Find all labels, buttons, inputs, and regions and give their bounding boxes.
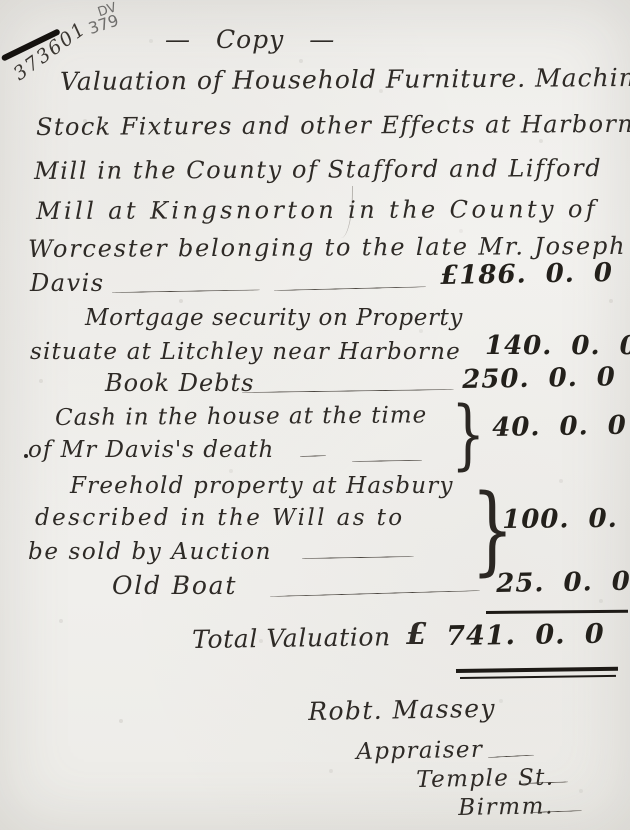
document-title: — Copy — [165,26,335,54]
opening-line-2: Stock Fixtures and other Effects at Harb… [36,111,630,141]
mortgage-amount: 140. 0. 0 [485,332,630,361]
signature-role: Appraiser [356,738,484,766]
paper-speckles [0,0,2,2]
cash-amount: 40. 0. 0 [492,412,627,443]
dash-line [112,289,260,293]
opening-line-4: Mill at Kingsnorton in the County of [36,196,598,224]
opening-amount: £186. 0. 0 [440,259,613,291]
cash-line-1: Cash in the house at the time [55,403,427,431]
opening-name: Davis [30,270,105,296]
total-top-rule [486,610,628,614]
total-amount: 741. 0. 0 [446,620,605,652]
signature-flourish [488,755,534,758]
old-boat-label: Old Boat [112,572,237,600]
total-bottom-rule-thick [456,667,618,673]
signature-name: Robt. Massey [308,695,496,726]
total-currency: £ [406,618,427,651]
freehold-line-2: described in the Will as to [35,506,405,531]
book-debts-amount: 250. 0. 0 [462,363,616,394]
dash-line [300,455,326,457]
mortgage-line-1: Mortgage security on Property [85,306,463,331]
mortgage-line-2: situate at Litchley near Harborne [30,340,461,365]
total-bottom-rule-thin [460,675,616,679]
brace-cash: } [451,396,485,472]
old-boat-amount: 25. 0. 0 [496,568,630,599]
scanned-valuation-document: DV 379 373601 — Copy — Valuation of Hous… [0,0,630,830]
cash-line-2: of Mr Davis's death [28,438,274,463]
freehold-amount: 100. 0. 0 [502,504,630,534]
signature-city: Birmm. [458,794,554,821]
freehold-line-3: be sold by Auction [28,540,272,565]
book-debts-label: Book Debts [105,370,254,396]
dash-line [274,286,426,291]
freehold-line-1: Freehold property at Hasbury [70,474,454,499]
opening-line-1: Valuation of Household Furniture. Machin… [60,64,630,96]
dash-line [270,590,480,597]
dash-line [242,389,454,393]
signature-street: Temple St. [416,766,555,794]
dash-line [352,460,422,462]
archival-dv-number: 379 [86,11,121,39]
opening-line-5: Worcester belonging to the late Mr. Jose… [28,233,626,263]
total-label: Total Valuation [192,623,391,653]
dash-line [302,556,414,559]
opening-line-3: Mill in the County of Stafford and Liffo… [34,155,602,184]
